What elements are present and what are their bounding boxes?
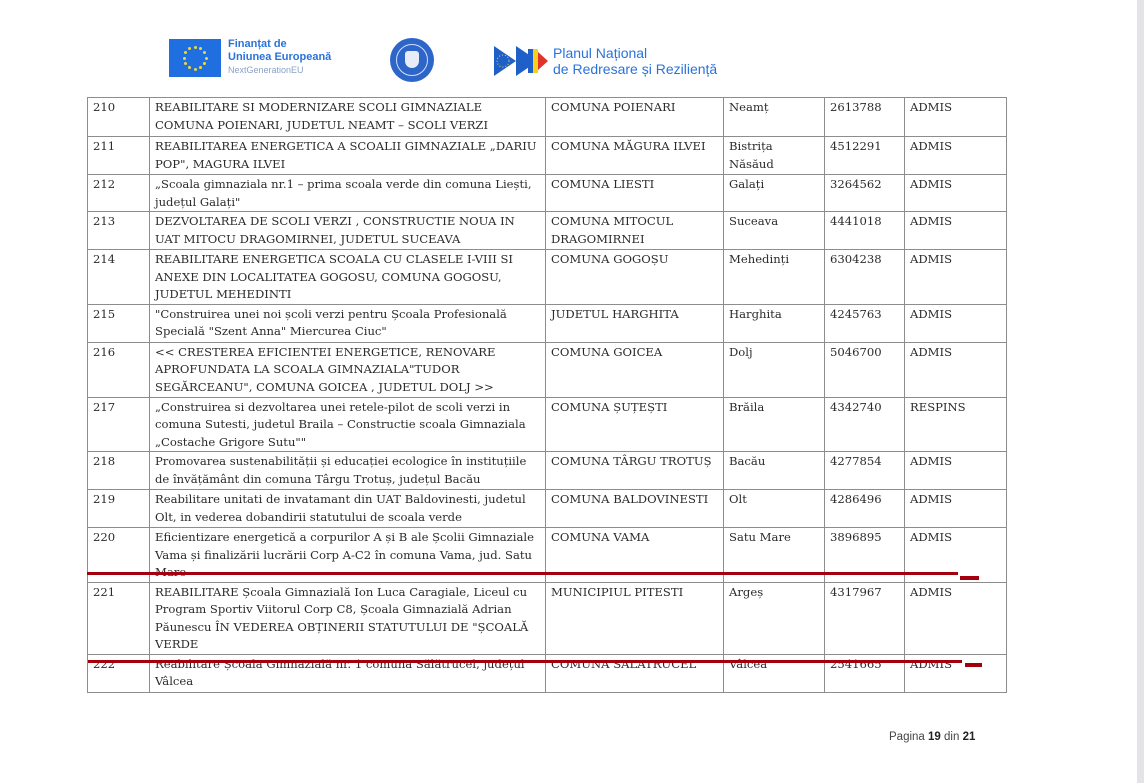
project-title-cell: Reabilitare unitati de invatamant din UA… [150,490,546,528]
eu-flag-icon [169,39,221,77]
pnrr-arrows-icon [494,44,550,78]
project-value-cell: 5046700 [825,342,905,397]
project-title-cell: REABILITARE SI MODERNIZARE SCOLI GIMNAZI… [150,98,546,137]
beneficiary-cell: COMUNA GOGOȘU [546,250,724,305]
county-cell: Brăila [724,397,825,452]
eu-star-icon [203,62,206,65]
page-number: Pagina 19 din 21 [889,731,975,743]
red-underline-mark [88,660,962,663]
status-cell: ADMIS [905,212,1007,250]
project-title-cell: „Construirea si dezvoltarea unei retele-… [150,397,546,452]
eu-star-icon [184,51,187,54]
table-row: 217„Construirea si dezvoltarea unei rete… [88,397,1007,452]
eu-line-3: NextGenerationEU [228,64,331,77]
county-cell: Galați [724,175,825,212]
beneficiary-cell: COMUNA MITOCUL DRAGOMIRNEI [546,212,724,250]
project-title-cell: DEZVOLTAREA DE SCOLI VERZI , CONSTRUCTIE… [150,212,546,250]
county-cell: Suceava [724,212,825,250]
row-number-cell: 214 [88,250,150,305]
table-row: 211REABILITAREA ENERGETICA A SCOALII GIM… [88,137,1007,175]
project-title-cell: REABILITARE Școala Gimnazială Ion Luca C… [150,582,546,654]
project-value-cell: 6304238 [825,250,905,305]
beneficiary-cell: COMUNA GOICEA [546,342,724,397]
row-number-cell: 221 [88,582,150,654]
table-row: 215"Construirea unei noi școli verzi pen… [88,304,1007,342]
current-page: 19 [928,731,941,743]
row-number-cell: 212 [88,175,150,212]
status-cell: ADMIS [905,137,1007,175]
row-number-cell: 216 [88,342,150,397]
eu-star-icon [194,68,197,71]
pnrr-label: Planul Național de Redresare și Rezilien… [553,45,717,77]
eu-star-icon [205,57,208,60]
project-value-cell: 4512291 [825,137,905,175]
county-cell: Dolj [724,342,825,397]
project-value-cell: 4317967 [825,582,905,654]
county-cell: Harghita [724,304,825,342]
page-label: Pagina [889,731,925,743]
romanian-government-seal-icon [390,38,434,82]
beneficiary-cell: COMUNA ȘUȚEȘTI [546,397,724,452]
eu-line-2: Uniunea Europeană [228,51,331,64]
status-cell: ADMIS [905,98,1007,137]
row-number-cell: 215 [88,304,150,342]
project-title-cell: REABILITAREA ENERGETICA A SCOALII GIMNAZ… [150,137,546,175]
pnrr-line-2: de Redresare și Reziliență [553,61,717,77]
table-row: 218Promovarea sustenabilității și educaț… [88,452,1007,490]
status-cell: ADMIS [905,490,1007,528]
status-cell: ADMIS [905,452,1007,490]
beneficiary-cell: COMUNA BALDOVINESTI [546,490,724,528]
project-value-cell: 4286496 [825,490,905,528]
row-number-cell: 218 [88,452,150,490]
total-pages: 21 [963,731,976,743]
eu-funding-label: Finanțat de Uniunea Europeană NextGenera… [228,38,331,77]
row-number-cell: 213 [88,212,150,250]
eu-star-icon [188,47,191,50]
red-underline-mark-end [960,576,979,580]
project-value-cell: 4245763 [825,304,905,342]
eu-star-icon [199,66,202,69]
red-underline-mark [87,572,958,575]
beneficiary-cell: JUDETUL HARGHITA [546,304,724,342]
status-cell: ADMIS [905,304,1007,342]
status-cell: ADMIS [905,342,1007,397]
county-cell: Bistrița Năsăud [724,137,825,175]
eu-star-icon [188,66,191,69]
status-cell: RESPINS [905,397,1007,452]
table-row: 212„Scoala gimnaziala nr.1 – prima scoal… [88,175,1007,212]
project-title-cell: "Construirea unei noi școli verzi pentru… [150,304,546,342]
eu-star-icon [184,62,187,65]
beneficiary-cell: COMUNA LIESTI [546,175,724,212]
status-cell: ADMIS [905,175,1007,212]
county-cell: Mehedinți [724,250,825,305]
beneficiary-cell: COMUNA POIENARI [546,98,724,137]
eu-star-icon [203,51,206,54]
viewer-edge [1137,0,1144,783]
row-number-cell: 210 [88,98,150,137]
eu-star-icon [183,57,186,60]
project-value-cell: 2613788 [825,98,905,137]
county-cell: Argeș [724,582,825,654]
county-cell: Olt [724,490,825,528]
project-title-cell: „Scoala gimnaziala nr.1 – prima scoala v… [150,175,546,212]
table-row: 210REABILITARE SI MODERNIZARE SCOLI GIMN… [88,98,1007,137]
eu-line-1: Finanțat de [228,38,331,51]
row-number-cell: 211 [88,137,150,175]
of-label: din [944,731,959,743]
row-number-cell: 219 [88,490,150,528]
beneficiary-cell: MUNICIPIUL PITESTI [546,582,724,654]
table-row: 214REABILITARE ENERGETICA SCOALA CU CLAS… [88,250,1007,305]
county-cell: Neamț [724,98,825,137]
table-row: 219Reabilitare unitati de invatamant din… [88,490,1007,528]
project-title-cell: Promovarea sustenabilității și educației… [150,452,546,490]
table-row: 216<< CRESTEREA EFICIENTEI ENERGETICE, R… [88,342,1007,397]
beneficiary-cell: COMUNA MĂGURA ILVEI [546,137,724,175]
eu-star-icon [194,46,197,49]
table-row: 213DEZVOLTAREA DE SCOLI VERZI , CONSTRUC… [88,212,1007,250]
coat-of-arms-icon [405,51,419,68]
projects-table: 210REABILITARE SI MODERNIZARE SCOLI GIMN… [87,97,1007,693]
row-number-cell: 217 [88,397,150,452]
county-cell: Bacău [724,452,825,490]
project-value-cell: 4277854 [825,452,905,490]
table-row: 221REABILITARE Școala Gimnazială Ion Luc… [88,582,1007,654]
project-value-cell: 3264562 [825,175,905,212]
project-title-cell: << CRESTEREA EFICIENTEI ENERGETICE, RENO… [150,342,546,397]
project-title-cell: REABILITARE ENERGETICA SCOALA CU CLASELE… [150,250,546,305]
eu-star-icon [199,47,202,50]
status-cell: ADMIS [905,582,1007,654]
beneficiary-cell: COMUNA TÂRGU TROTUȘ [546,452,724,490]
red-underline-mark-end [965,663,982,667]
status-cell: ADMIS [905,250,1007,305]
project-value-cell: 4441018 [825,212,905,250]
pnrr-line-1: Planul Național [553,45,717,61]
project-value-cell: 4342740 [825,397,905,452]
